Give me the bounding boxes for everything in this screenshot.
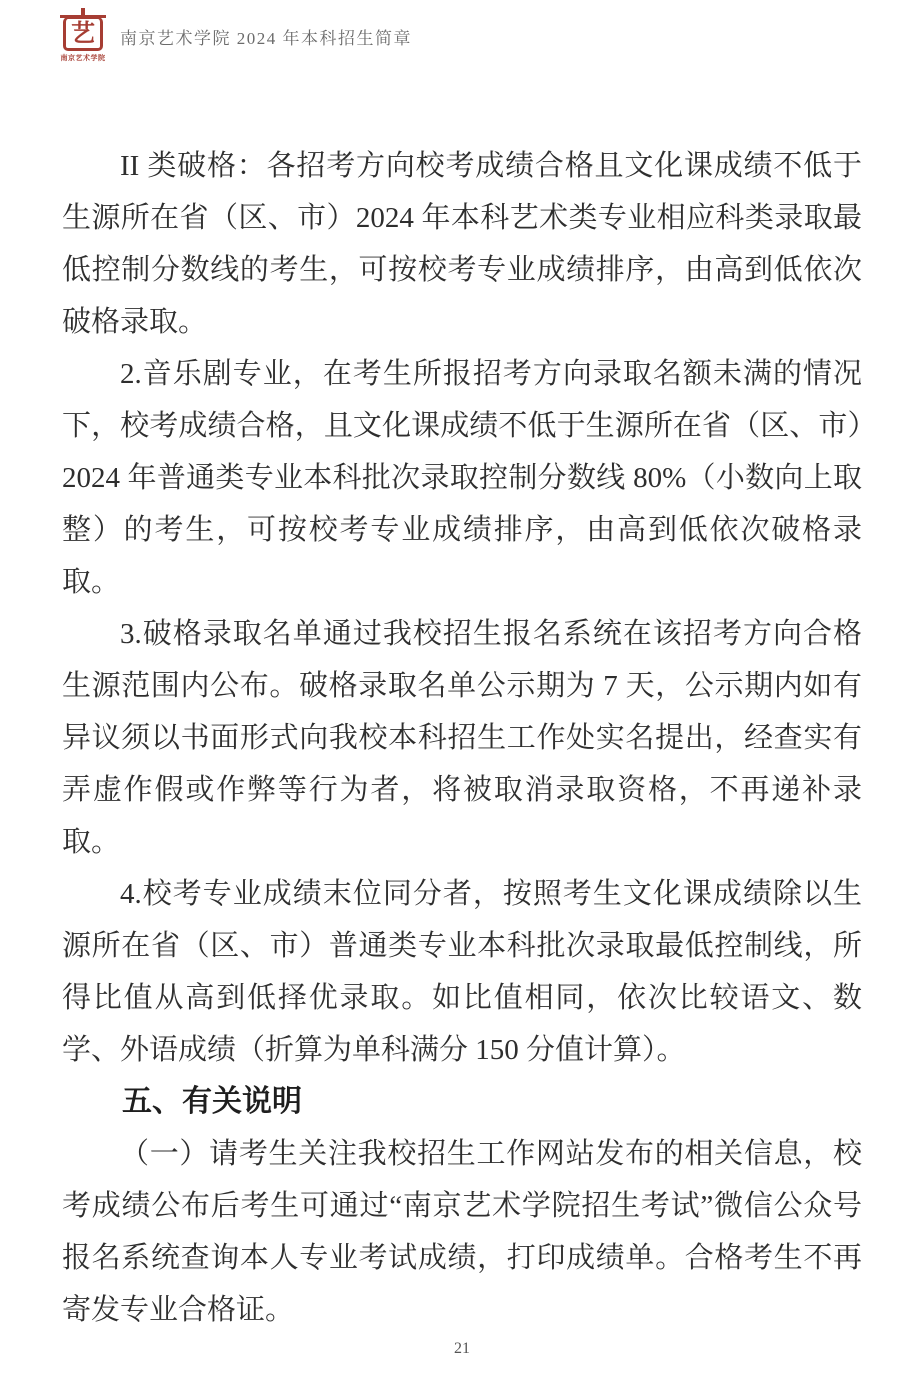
university-logo: 艺 南京艺术学院	[58, 8, 108, 62]
seal-glyph: 艺	[71, 22, 95, 46]
document-page: 艺 南京艺术学院 南京艺术学院 2024 年本科招生简章 II 类破格：各招考方…	[0, 0, 924, 1380]
page-header: 艺 南京艺术学院 南京艺术学院 2024 年本科招生简章	[58, 8, 412, 62]
document-body: II 类破格：各招考方向校考成绩合格且文化课成绩不低于生源所在省（区、市）202…	[62, 140, 862, 1336]
paragraph-rule-2-musical: 2.音乐剧专业，在考生所报招考方向录取名额未满的情况下，校考成绩合格，且文化课成…	[62, 348, 862, 608]
paragraph-rule-4-tiebreak: 4.校考专业成绩末位同分者，按照考生文化课成绩除以生源所在省（区、市）普通类专业…	[62, 868, 862, 1076]
paragraph-note-1: （一）请考生关注我校招生工作网站发布的相关信息，校考成绩公布后考生可通过“南京艺…	[62, 1128, 862, 1336]
logo-caption: 南京艺术学院	[61, 54, 106, 62]
paragraph-rule-3-publicity: 3.破格录取名单通过我校招生报名系统在该招考方向合格生源范围内公布。破格录取名单…	[62, 608, 862, 868]
university-seal-icon: 艺	[60, 8, 106, 51]
seal-frame: 艺	[63, 17, 103, 51]
paragraph-rule-type-ii: II 类破格：各招考方向校考成绩合格且文化课成绩不低于生源所在省（区、市）202…	[62, 140, 862, 348]
header-title: 南京艺术学院 2024 年本科招生简章	[120, 24, 412, 49]
page-number: 21	[0, 1340, 924, 1358]
seal-top-tick	[81, 8, 85, 15]
section-heading-notes: 五、有关说明	[62, 1076, 862, 1128]
